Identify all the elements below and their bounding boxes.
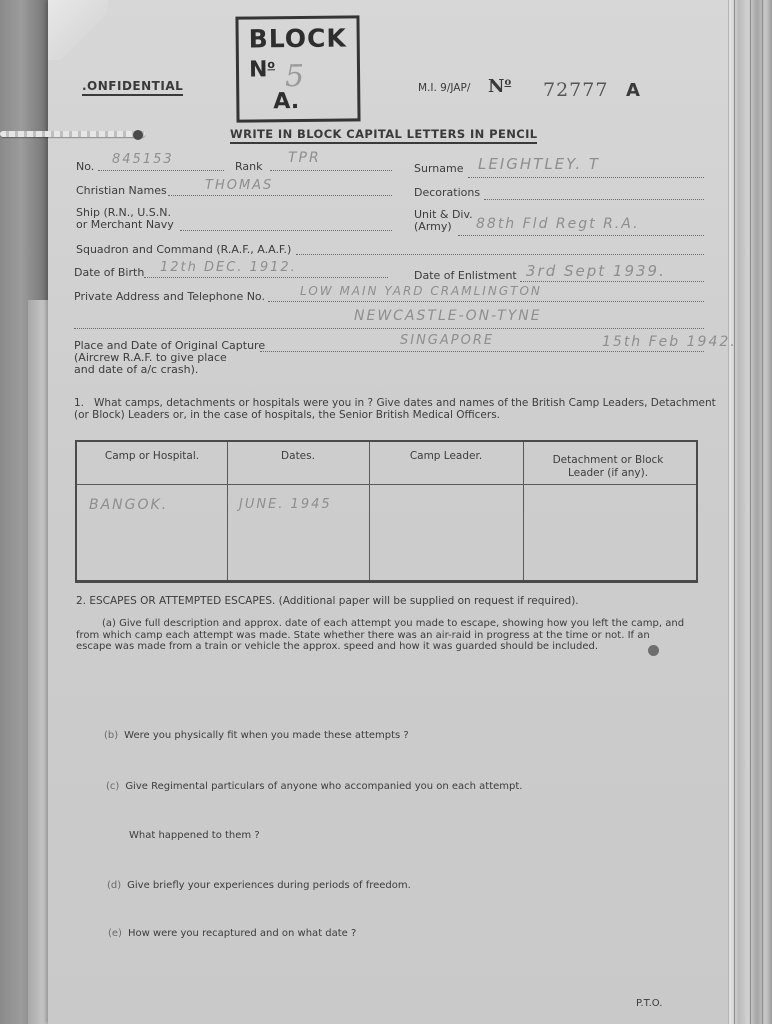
number-symbol-sup: o bbox=[504, 77, 511, 88]
section-2a-line-1: (a) Give full description and approx. da… bbox=[76, 618, 684, 630]
dob-value: 12th DEC. 1912. bbox=[160, 260, 297, 275]
section-1-question: 1. What camps, detachments or hospitals … bbox=[74, 397, 716, 421]
address-field-line-1[interactable] bbox=[268, 301, 704, 302]
table-header-camp-leader: Camp Leader. bbox=[369, 450, 523, 463]
unit-label-line-2: (Army) bbox=[414, 221, 473, 233]
decorations-field-line[interactable] bbox=[484, 199, 704, 200]
address-label: Private Address and Telephone No. bbox=[74, 290, 265, 303]
section-2b-question: (b)Were you physically fit when you made… bbox=[104, 730, 409, 741]
rank-field-line[interactable] bbox=[270, 170, 392, 171]
form-instruction: WRITE IN BLOCK CAPITAL LETTERS IN PENCIL bbox=[230, 127, 537, 144]
ship-field-line[interactable] bbox=[180, 230, 392, 231]
capture-label-line-3: and date of a/c crash). bbox=[74, 364, 265, 376]
dob-label: Date of Birth bbox=[74, 266, 144, 279]
dob-field-line[interactable] bbox=[144, 277, 388, 278]
page-edge bbox=[750, 0, 751, 1024]
please-turn-over: P.T.O. bbox=[636, 998, 662, 1009]
question-text: How were you recaptured and on what date… bbox=[128, 928, 356, 939]
section-2a-question: (a) Give full description and approx. da… bbox=[76, 618, 684, 653]
table-header-divider bbox=[77, 484, 696, 485]
question-letter: (e) bbox=[108, 928, 122, 939]
christian-names-field-line[interactable] bbox=[168, 195, 392, 196]
stamp-line-3: A. bbox=[273, 89, 299, 114]
punch-hole bbox=[648, 645, 659, 656]
section-2c-followup: What happened to them ? bbox=[129, 830, 260, 841]
decorations-label: Decorations bbox=[414, 186, 480, 199]
classification-label: .ONFIDENTIAL bbox=[82, 79, 183, 96]
table-header-dates: Dates. bbox=[227, 450, 369, 463]
table-header-block-leader: Detachment or Block Leader (if any). bbox=[547, 454, 669, 480]
number-symbol: N bbox=[488, 76, 504, 97]
no-value: 845153 bbox=[112, 152, 174, 167]
question-text: Give briefly your experiences during per… bbox=[127, 880, 411, 891]
section-1-text-1: What camps, detachments or hospitals wer… bbox=[94, 397, 716, 409]
stamp-no-sup: o bbox=[267, 58, 275, 71]
section-2a-line-3: escape was made from a train or vehicle … bbox=[76, 641, 684, 653]
table-column-divider bbox=[523, 442, 524, 580]
ship-label-line-2: or Merchant Navy bbox=[76, 219, 174, 231]
christian-names-label: Christian Names bbox=[76, 184, 167, 197]
ship-label: Ship (R.N., U.S.N. or Merchant Navy bbox=[76, 207, 174, 231]
no-field-line[interactable] bbox=[98, 170, 224, 171]
question-letter: (d) bbox=[107, 880, 121, 891]
address-field-line-2[interactable] bbox=[74, 328, 704, 329]
capture-field-line[interactable] bbox=[260, 351, 704, 352]
unit-value: 88th Fld Regt R.A. bbox=[476, 216, 640, 232]
question-text: Give Regimental particulars of anyone wh… bbox=[125, 781, 522, 792]
section-1-number: 1. bbox=[74, 397, 84, 409]
capture-place-value: SINGAPORE bbox=[400, 333, 494, 348]
section-2e-question: (e)How were you recaptured and on what d… bbox=[108, 928, 356, 939]
table-cell-camp[interactable]: BANGOK. bbox=[89, 497, 168, 513]
question-text: Were you physically fit when you made th… bbox=[124, 730, 409, 741]
rank-label: Rank bbox=[235, 160, 262, 173]
capture-label: Place and Date of Original Capture (Airc… bbox=[74, 340, 265, 376]
stamp-line-2: No bbox=[249, 57, 275, 82]
capture-date-value: 15th Feb 1942. bbox=[602, 334, 737, 350]
unit-field-line[interactable] bbox=[458, 235, 704, 236]
page-edge bbox=[762, 0, 763, 1024]
section-1-line-2: (or Block) Leaders or, in the case of ho… bbox=[74, 409, 716, 421]
table-cell-dates[interactable]: JUNE. 1945 bbox=[239, 497, 332, 512]
stamp-no: N bbox=[249, 57, 268, 82]
christian-names-value: THOMAS bbox=[205, 178, 273, 193]
reference-suffix: A bbox=[626, 80, 640, 101]
page-edge bbox=[734, 0, 735, 1024]
reference-serial: 72777 bbox=[543, 79, 608, 101]
squadron-label: Squadron and Command (R.A.F., A.A.F.) bbox=[76, 243, 291, 256]
section-2-title: 2. ESCAPES OR ATTEMPTED ESCAPES. (Additi… bbox=[76, 595, 579, 607]
string-knot bbox=[133, 130, 143, 140]
address-value-line-1: LOW MAIN YARD CRAMLINGTON bbox=[300, 284, 542, 298]
binding-string bbox=[0, 131, 145, 137]
section-2d-question: (d)Give briefly your experiences during … bbox=[107, 880, 411, 891]
surname-label: Surname bbox=[414, 162, 463, 175]
camps-table: Camp or Hospital. Dates. Camp Leader. De… bbox=[75, 440, 698, 583]
section-2a-line-2: from which camp each attempt was made. S… bbox=[76, 630, 684, 642]
section-1-line-1: 1. What camps, detachments or hospitals … bbox=[74, 397, 716, 409]
address-value-line-2: NEWCASTLE-ON-TYNE bbox=[354, 308, 542, 324]
enlistment-value: 3rd Sept 1939. bbox=[526, 262, 666, 280]
enlistment-field-line[interactable] bbox=[520, 281, 704, 282]
section-2c-question: (c)Give Regimental particulars of anyone… bbox=[106, 781, 522, 792]
rank-value: TPR bbox=[288, 150, 321, 166]
unit-label: Unit & Div. (Army) bbox=[414, 209, 473, 233]
squadron-field-line[interactable] bbox=[296, 254, 704, 255]
surname-value: LEIGHTLEY. T bbox=[478, 155, 600, 173]
question-letter: (c) bbox=[106, 781, 119, 792]
no-label: No. bbox=[76, 160, 94, 173]
block-stamp: BLOCK No 5 A. bbox=[235, 15, 360, 122]
table-header-camp: Camp or Hospital. bbox=[77, 450, 227, 463]
surname-field-line[interactable] bbox=[468, 177, 704, 178]
reference-prefix: M.I. 9/JAP/ bbox=[418, 82, 470, 94]
enlistment-label: Date of Enlistment bbox=[414, 269, 517, 282]
question-letter: (b) bbox=[104, 730, 118, 741]
torn-corner bbox=[48, 0, 108, 60]
stamp-line-1: BLOCK bbox=[249, 23, 347, 53]
reference-number-symbol: No bbox=[488, 76, 511, 97]
